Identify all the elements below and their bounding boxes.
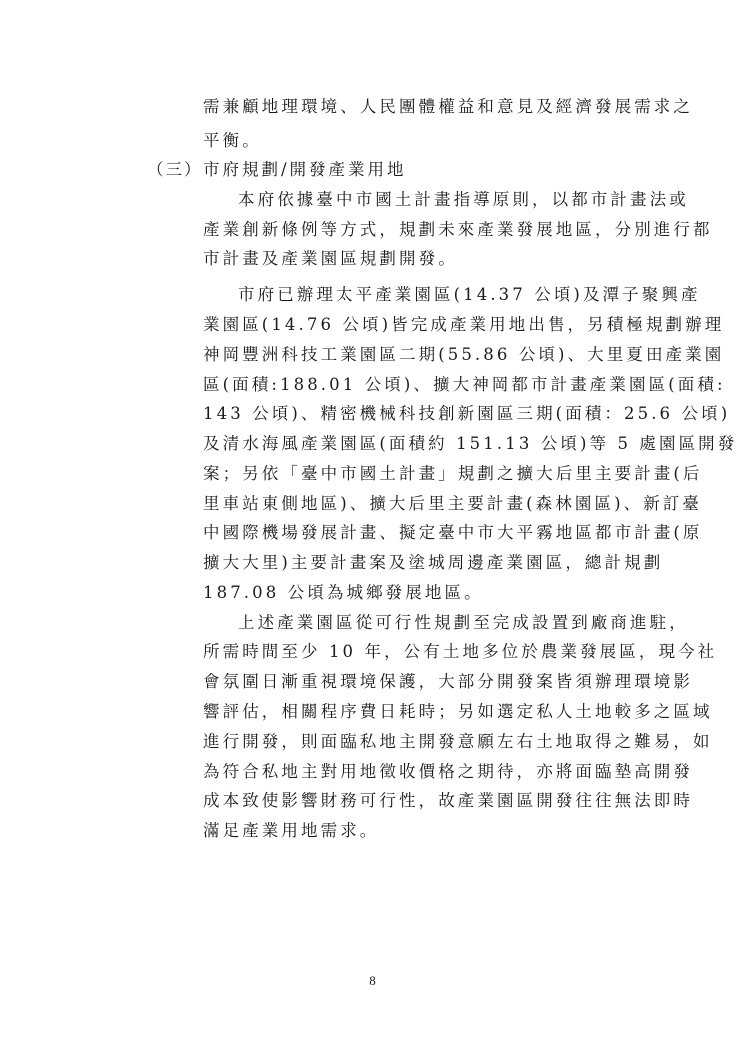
section-number: （三）: [147, 160, 203, 180]
paragraph-line: 案；另依「臺中市國土計畫」規劃之擴大后里主要計畫(后: [203, 464, 648, 484]
section-title: 市府規劃/開發產業用地: [203, 160, 407, 179]
paragraph-line: 市府已辦理太平產業園區(14.37 公頃)及潭子聚興產: [238, 285, 648, 305]
paragraph-line: 里車站東側地區)、擴大后里主要計畫(森林園區)、新訂臺: [203, 494, 648, 514]
paragraph-line: 及清水海風產業園區(面積約 151.13 公頃)等 5 處園區開發: [203, 434, 648, 454]
paragraph-line: 成本致使影響財務可行性，故產業園區開發往往無法即時: [203, 791, 648, 811]
paragraph-line: 滿足產業用地需求。: [203, 821, 648, 841]
document-page: 需兼顧地理環境、人民團體權益和意見及經濟發展需求之 平衡。 （三）市府規劃/開發…: [0, 0, 745, 1054]
paragraph-line: 143 公頃)、精密機械科技創新園區三期(面積：25.6 公頃): [203, 404, 648, 424]
paragraph-line: 業園區(14.76 公頃)皆完成產業用地出售，另積極規劃辦理: [203, 315, 648, 335]
page-number: 8: [0, 973, 745, 989]
paragraph-line: 會氛圍日漸重視環境保護，大部分開發案皆須辦理環境影: [203, 672, 648, 692]
paragraph-line: 產業創新條例等方式，規劃未來產業發展地區，分別進行都: [203, 220, 648, 240]
paragraph-line: 擴大大里)主要計畫案及塗城周邊產業園區，總計規劃: [203, 553, 648, 573]
paragraph-line: 187.08 公頃為城鄉發展地區。: [203, 583, 648, 603]
paragraph-line: 進行開發，則面臨私地主開發意願左右土地取得之難易，如: [203, 732, 648, 752]
paragraph-line: 中國際機場發展計畫、擬定臺中市大平霧地區都市計畫(原: [203, 523, 648, 543]
paragraph-line: 神岡豐洲科技工業園區二期(55.86 公頃)、大里夏田產業園: [203, 345, 648, 365]
paragraph-line: 響評估，相關程序費日耗時；另如選定私人土地較多之區域: [203, 702, 648, 722]
paragraph-line: 區(面積:188.01 公頃)、擴大神岡都市計畫產業園區(面積:: [203, 375, 648, 395]
paragraph-line: 所需時間至少 10 年，公有土地多位於農業發展區，現今社: [203, 642, 648, 662]
paragraph-line: 為符合私地主對用地徵收價格之期待，亦將面臨墊高開發: [203, 762, 648, 782]
section-heading: （三）市府規劃/開發產業用地: [147, 160, 407, 180]
paragraph-line: 上述產業園區從可行性規劃至完成設置到廠商進駐，: [238, 613, 648, 633]
paragraph-line: 需兼顧地理環境、人民團體權益和意見及經濟發展需求之: [203, 97, 648, 117]
paragraph-line: 平衡。: [203, 131, 648, 151]
paragraph-line: 市計畫及產業園區規劃開發。: [203, 249, 648, 269]
paragraph-line: 本府依據臺中市國土計畫指導原則，以都市計畫法或: [238, 190, 648, 210]
